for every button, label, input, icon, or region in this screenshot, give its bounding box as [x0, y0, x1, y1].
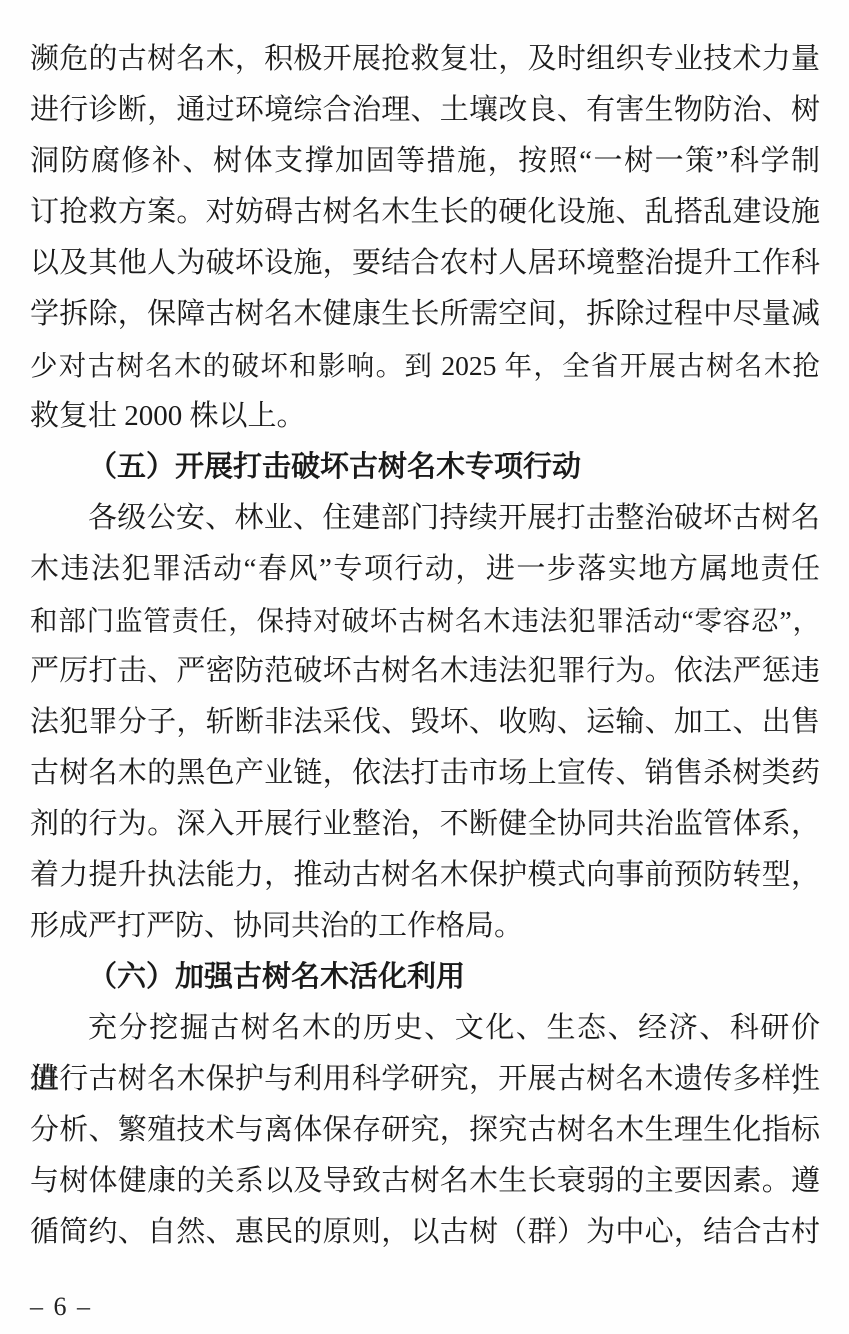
body-text-line: 救复壮 2000 株以上。 [30, 391, 820, 442]
body-text-line: 法犯罪分子，斩断非法采伐、毁坏、收购、运输、加工、出售 [30, 697, 820, 748]
body-text-line: 着力提升执法能力，推动古树名木保护模式向事前预防转型， [30, 850, 820, 901]
body-text-line: 各级公安、林业、住建部门持续开展打击整治破坏古树名 [30, 493, 820, 544]
section-heading-6: （六）加强古树名木活化利用 [30, 952, 820, 1003]
document-page: 濒危的古树名木，积极开展抢救复壮，及时组织专业技术力量 进行诊断，通过环境综合治… [0, 0, 849, 1334]
body-text-line: 分析、繁殖技术与离体保存研究，探究古树名木生理生化指标 [30, 1105, 820, 1156]
body-text-line: 和部门监管责任，保持对破坏古树名木违法犯罪活动“零容忍”， [30, 595, 820, 646]
body-text-line: 严厉打击、严密防范破坏古树名木违法犯罪行为。依法严惩违 [30, 646, 820, 697]
body-text-line: 洞防腐修补、树体支撑加固等措施，按照“一树一策”科学制 [30, 136, 820, 187]
body-text-line: 以及其他人为破坏设施，要结合农村人居环境整治提升工作科 [30, 238, 820, 289]
body-text-line: 进行诊断，通过环境综合治理、土壤改良、有害生物防治、树 [30, 85, 820, 136]
body-text-line: 充分挖掘古树名木的历史、文化、生态、经济、科研价值， [30, 1003, 820, 1054]
body-text-line: 木违法犯罪活动“春风”专项行动，进一步落实地方属地责任 [30, 544, 820, 595]
body-text-line: 少对古树名木的破坏和影响。到 2025 年，全省开展古树名木抢 [30, 340, 820, 391]
page-number: – 6 – [30, 1292, 820, 1322]
body-text-line: 进行古树名木保护与利用科学研究，开展古树名木遗传多样性 [30, 1054, 820, 1105]
body-text-line: 剂的行为。深入开展行业整治，不断健全协同共治监管体系， [30, 799, 820, 850]
body-text-line: 濒危的古树名木，积极开展抢救复壮，及时组织专业技术力量 [30, 34, 820, 85]
body-text-line: 循简约、自然、惠民的原则，以古树（群）为中心，结合古村 [30, 1207, 820, 1258]
body-text-line: 与树体健康的关系以及导致古树名木生长衰弱的主要因素。遵 [30, 1156, 820, 1207]
body-text-line: 形成严打严防、协同共治的工作格局。 [30, 901, 820, 952]
body-text-line: 学拆除，保障古树名木健康生长所需空间，拆除过程中尽量减 [30, 289, 820, 340]
section-heading-5: （五）开展打击破坏古树名木专项行动 [30, 442, 820, 493]
body-text-line: 古树名木的黑色产业链，依法打击市场上宣传、销售杀树类药 [30, 748, 820, 799]
body-text-line: 订抢救方案。对妨碍古树名木生长的硬化设施、乱搭乱建设施 [30, 187, 820, 238]
